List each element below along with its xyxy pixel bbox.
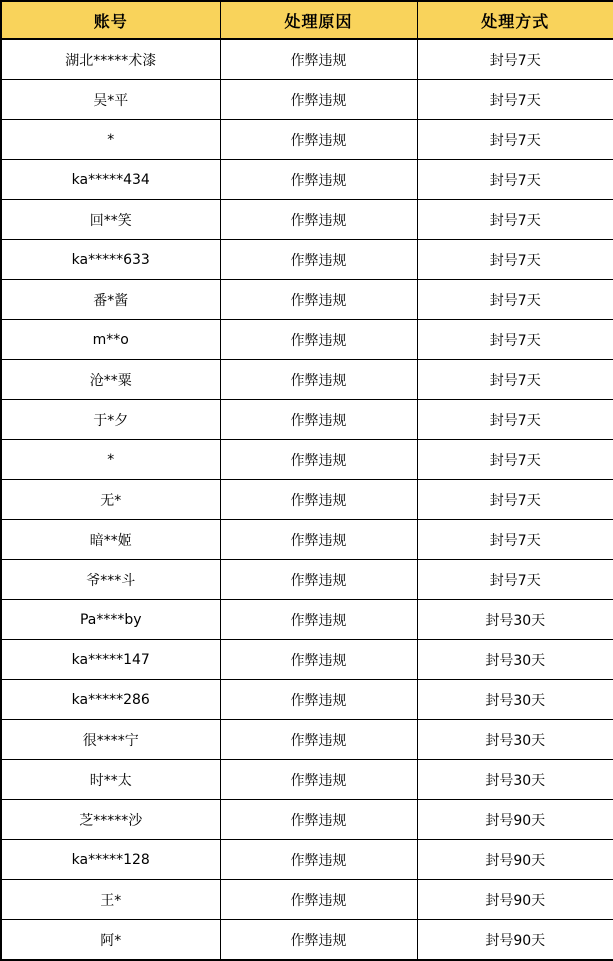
reason-cell: 作弊违规 <box>220 39 417 80</box>
column-header-action: 处理方式 <box>417 1 613 39</box>
reason-cell: 作弊违规 <box>220 80 417 120</box>
reason-cell: 作弊违规 <box>220 720 417 760</box>
action-cell: 封号7天 <box>417 120 613 160</box>
table-row: ka*****128作弊违规封号90天 <box>1 840 613 880</box>
action-cell: 封号7天 <box>417 200 613 240</box>
action-cell: 封号7天 <box>417 240 613 280</box>
account-cell: 于*夕 <box>1 400 220 440</box>
table-row: ka*****147作弊违规封号30天 <box>1 640 613 680</box>
table-row: 回**笑作弊违规封号7天 <box>1 200 613 240</box>
reason-cell: 作弊违规 <box>220 240 417 280</box>
reason-cell: 作弊违规 <box>220 840 417 880</box>
reason-cell: 作弊违规 <box>220 640 417 680</box>
table-row: *作弊违规封号7天 <box>1 120 613 160</box>
account-cell: ka*****633 <box>1 240 220 280</box>
table-row: 爷***斗作弊违规封号7天 <box>1 560 613 600</box>
account-cell: ka*****434 <box>1 160 220 200</box>
table-row: Pa****by作弊违规封号30天 <box>1 600 613 640</box>
account-cell: 无* <box>1 480 220 520</box>
reason-cell: 作弊违规 <box>220 360 417 400</box>
account-cell: 王* <box>1 880 220 920</box>
column-header-reason: 处理原因 <box>220 1 417 39</box>
action-cell: 封号7天 <box>417 280 613 320</box>
action-cell: 封号7天 <box>417 320 613 360</box>
account-cell: * <box>1 120 220 160</box>
table-row: 王*作弊违规封号90天 <box>1 880 613 920</box>
action-cell: 封号90天 <box>417 920 613 961</box>
action-cell: 封号7天 <box>417 440 613 480</box>
table-row: ka*****286作弊违规封号30天 <box>1 680 613 720</box>
action-cell: 封号7天 <box>417 560 613 600</box>
ban-announcement-page: 账号 处理原因 处理方式 湖北*****术漆作弊违规封号7天吴*平作弊违规封号7… <box>0 0 613 961</box>
account-cell: 回**笑 <box>1 200 220 240</box>
account-cell: Pa****by <box>1 600 220 640</box>
table-row: 沧**粟作弊违规封号7天 <box>1 360 613 400</box>
action-cell: 封号90天 <box>417 880 613 920</box>
account-cell: 芝*****沙 <box>1 800 220 840</box>
action-cell: 封号7天 <box>417 39 613 80</box>
account-cell: 爷***斗 <box>1 560 220 600</box>
reason-cell: 作弊违规 <box>220 920 417 961</box>
account-cell: 阿* <box>1 920 220 961</box>
table-row: ka*****633作弊违规封号7天 <box>1 240 613 280</box>
account-cell: 时**太 <box>1 760 220 800</box>
reason-cell: 作弊违规 <box>220 200 417 240</box>
account-cell: 很****宁 <box>1 720 220 760</box>
table-row: *作弊违规封号7天 <box>1 440 613 480</box>
reason-cell: 作弊违规 <box>220 320 417 360</box>
account-cell: ka*****286 <box>1 680 220 720</box>
account-cell: m**o <box>1 320 220 360</box>
table-row: m**o作弊违规封号7天 <box>1 320 613 360</box>
action-cell: 封号30天 <box>417 600 613 640</box>
action-cell: 封号7天 <box>417 400 613 440</box>
reason-cell: 作弊违规 <box>220 480 417 520</box>
reason-cell: 作弊违规 <box>220 600 417 640</box>
action-cell: 封号7天 <box>417 480 613 520</box>
table-body: 湖北*****术漆作弊违规封号7天吴*平作弊违规封号7天*作弊违规封号7天ka*… <box>1 39 613 960</box>
account-cell: ka*****147 <box>1 640 220 680</box>
account-cell: 暗**姬 <box>1 520 220 560</box>
table-row: 于*夕作弊违规封号7天 <box>1 400 613 440</box>
action-cell: 封号30天 <box>417 720 613 760</box>
action-cell: 封号7天 <box>417 360 613 400</box>
action-cell: 封号90天 <box>417 800 613 840</box>
action-cell: 封号7天 <box>417 520 613 560</box>
reason-cell: 作弊违规 <box>220 880 417 920</box>
reason-cell: 作弊违规 <box>220 760 417 800</box>
action-cell: 封号7天 <box>417 160 613 200</box>
reason-cell: 作弊违规 <box>220 400 417 440</box>
table-header-row: 账号 处理原因 处理方式 <box>1 1 613 39</box>
column-header-account: 账号 <box>1 1 220 39</box>
table-row: 暗**姬作弊违规封号7天 <box>1 520 613 560</box>
action-cell: 封号90天 <box>417 840 613 880</box>
reason-cell: 作弊违规 <box>220 440 417 480</box>
action-cell: 封号30天 <box>417 680 613 720</box>
table-row: 时**太作弊违规封号30天 <box>1 760 613 800</box>
table-row: 湖北*****术漆作弊违规封号7天 <box>1 39 613 80</box>
action-cell: 封号30天 <box>417 640 613 680</box>
table-row: 番*酱作弊违规封号7天 <box>1 280 613 320</box>
reason-cell: 作弊违规 <box>220 680 417 720</box>
reason-cell: 作弊违规 <box>220 120 417 160</box>
reason-cell: 作弊违规 <box>220 520 417 560</box>
reason-cell: 作弊违规 <box>220 280 417 320</box>
account-cell: 沧**粟 <box>1 360 220 400</box>
account-cell: ka*****128 <box>1 840 220 880</box>
account-cell: 湖北*****术漆 <box>1 39 220 80</box>
table-row: 吴*平作弊违规封号7天 <box>1 80 613 120</box>
table-row: ka*****434作弊违规封号7天 <box>1 160 613 200</box>
account-cell: 吴*平 <box>1 80 220 120</box>
table-row: 很****宁作弊违规封号30天 <box>1 720 613 760</box>
table-row: 无*作弊违规封号7天 <box>1 480 613 520</box>
punishment-table: 账号 处理原因 处理方式 湖北*****术漆作弊违规封号7天吴*平作弊违规封号7… <box>0 0 613 961</box>
reason-cell: 作弊违规 <box>220 800 417 840</box>
reason-cell: 作弊违规 <box>220 560 417 600</box>
action-cell: 封号30天 <box>417 760 613 800</box>
action-cell: 封号7天 <box>417 80 613 120</box>
table-row: 阿*作弊违规封号90天 <box>1 920 613 961</box>
reason-cell: 作弊违规 <box>220 160 417 200</box>
account-cell: * <box>1 440 220 480</box>
table-row: 芝*****沙作弊违规封号90天 <box>1 800 613 840</box>
account-cell: 番*酱 <box>1 280 220 320</box>
